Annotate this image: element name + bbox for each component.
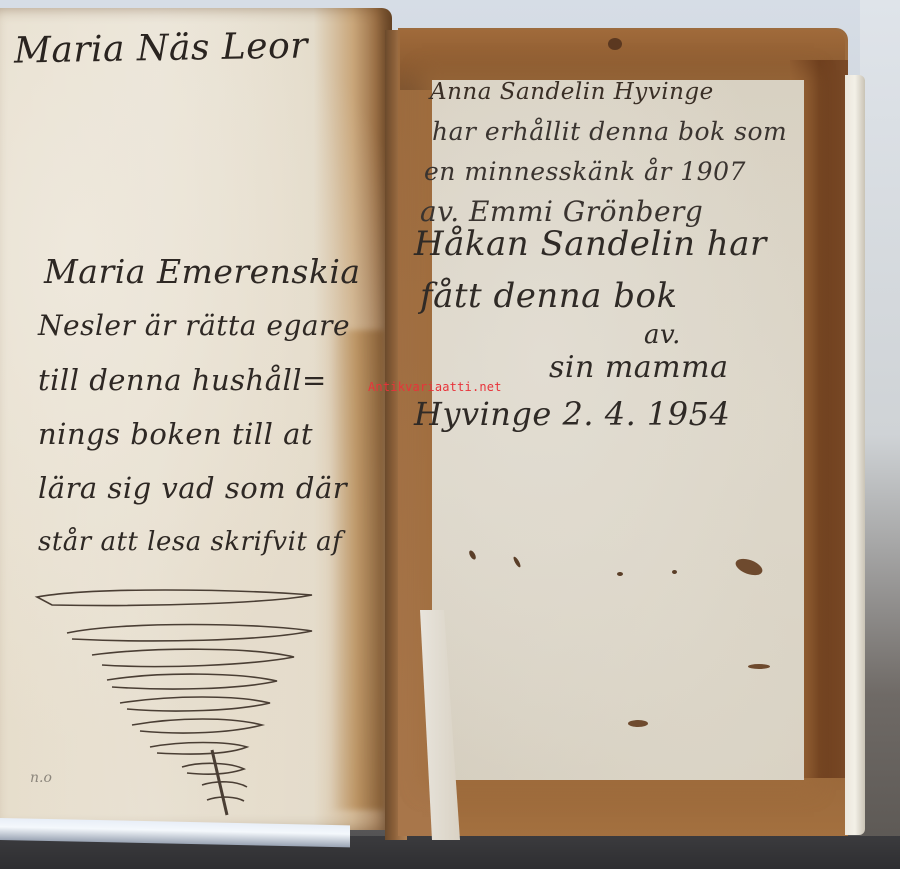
watermark: Antikvariaatti.net: [368, 380, 502, 394]
inscription-line: Anna Sandelin Hyvinge: [420, 72, 787, 112]
inscription-line: nings boken till at: [38, 407, 361, 461]
right-inscription-1954: Håkan Sandelin har fått denna bok av. si…: [414, 218, 767, 440]
right-inscription: Anna Sandelin Hyvinge har erhållit denna…: [420, 72, 787, 232]
background: [860, 0, 900, 869]
inscription-line: har erhållit denna bok som: [420, 112, 787, 152]
right-page-bottom-stain: [455, 778, 848, 836]
page-edges: [845, 75, 865, 835]
inscription-line: Maria Emerenskia: [38, 245, 361, 299]
inscription-line: Hyvinge 2. 4. 1954: [414, 388, 767, 440]
inscription-line: till denna hushåll=: [38, 353, 361, 407]
book-photo: Maria Näs Leor Maria Emerenskia Nesler ä…: [0, 0, 900, 869]
inscription-line: lära sig vad som där: [38, 461, 361, 515]
flourish-signature: [32, 585, 322, 820]
left-top-signature: Maria Näs Leor: [14, 25, 309, 71]
inscription-line: fått denna bok: [414, 270, 767, 322]
inscription-line: Nesler är rätta egare: [38, 299, 361, 353]
corner-mark: n.o: [30, 770, 52, 786]
inscription-line: Håkan Sandelin har: [414, 218, 767, 270]
inscription-line: en minnesskänk år 1907: [420, 152, 787, 192]
inscription-line: av.: [414, 322, 767, 348]
inscription-line: står att lesa skrifvit af: [38, 515, 361, 569]
left-inscription: Maria Emerenskia Nesler är rätta egare t…: [38, 245, 361, 569]
